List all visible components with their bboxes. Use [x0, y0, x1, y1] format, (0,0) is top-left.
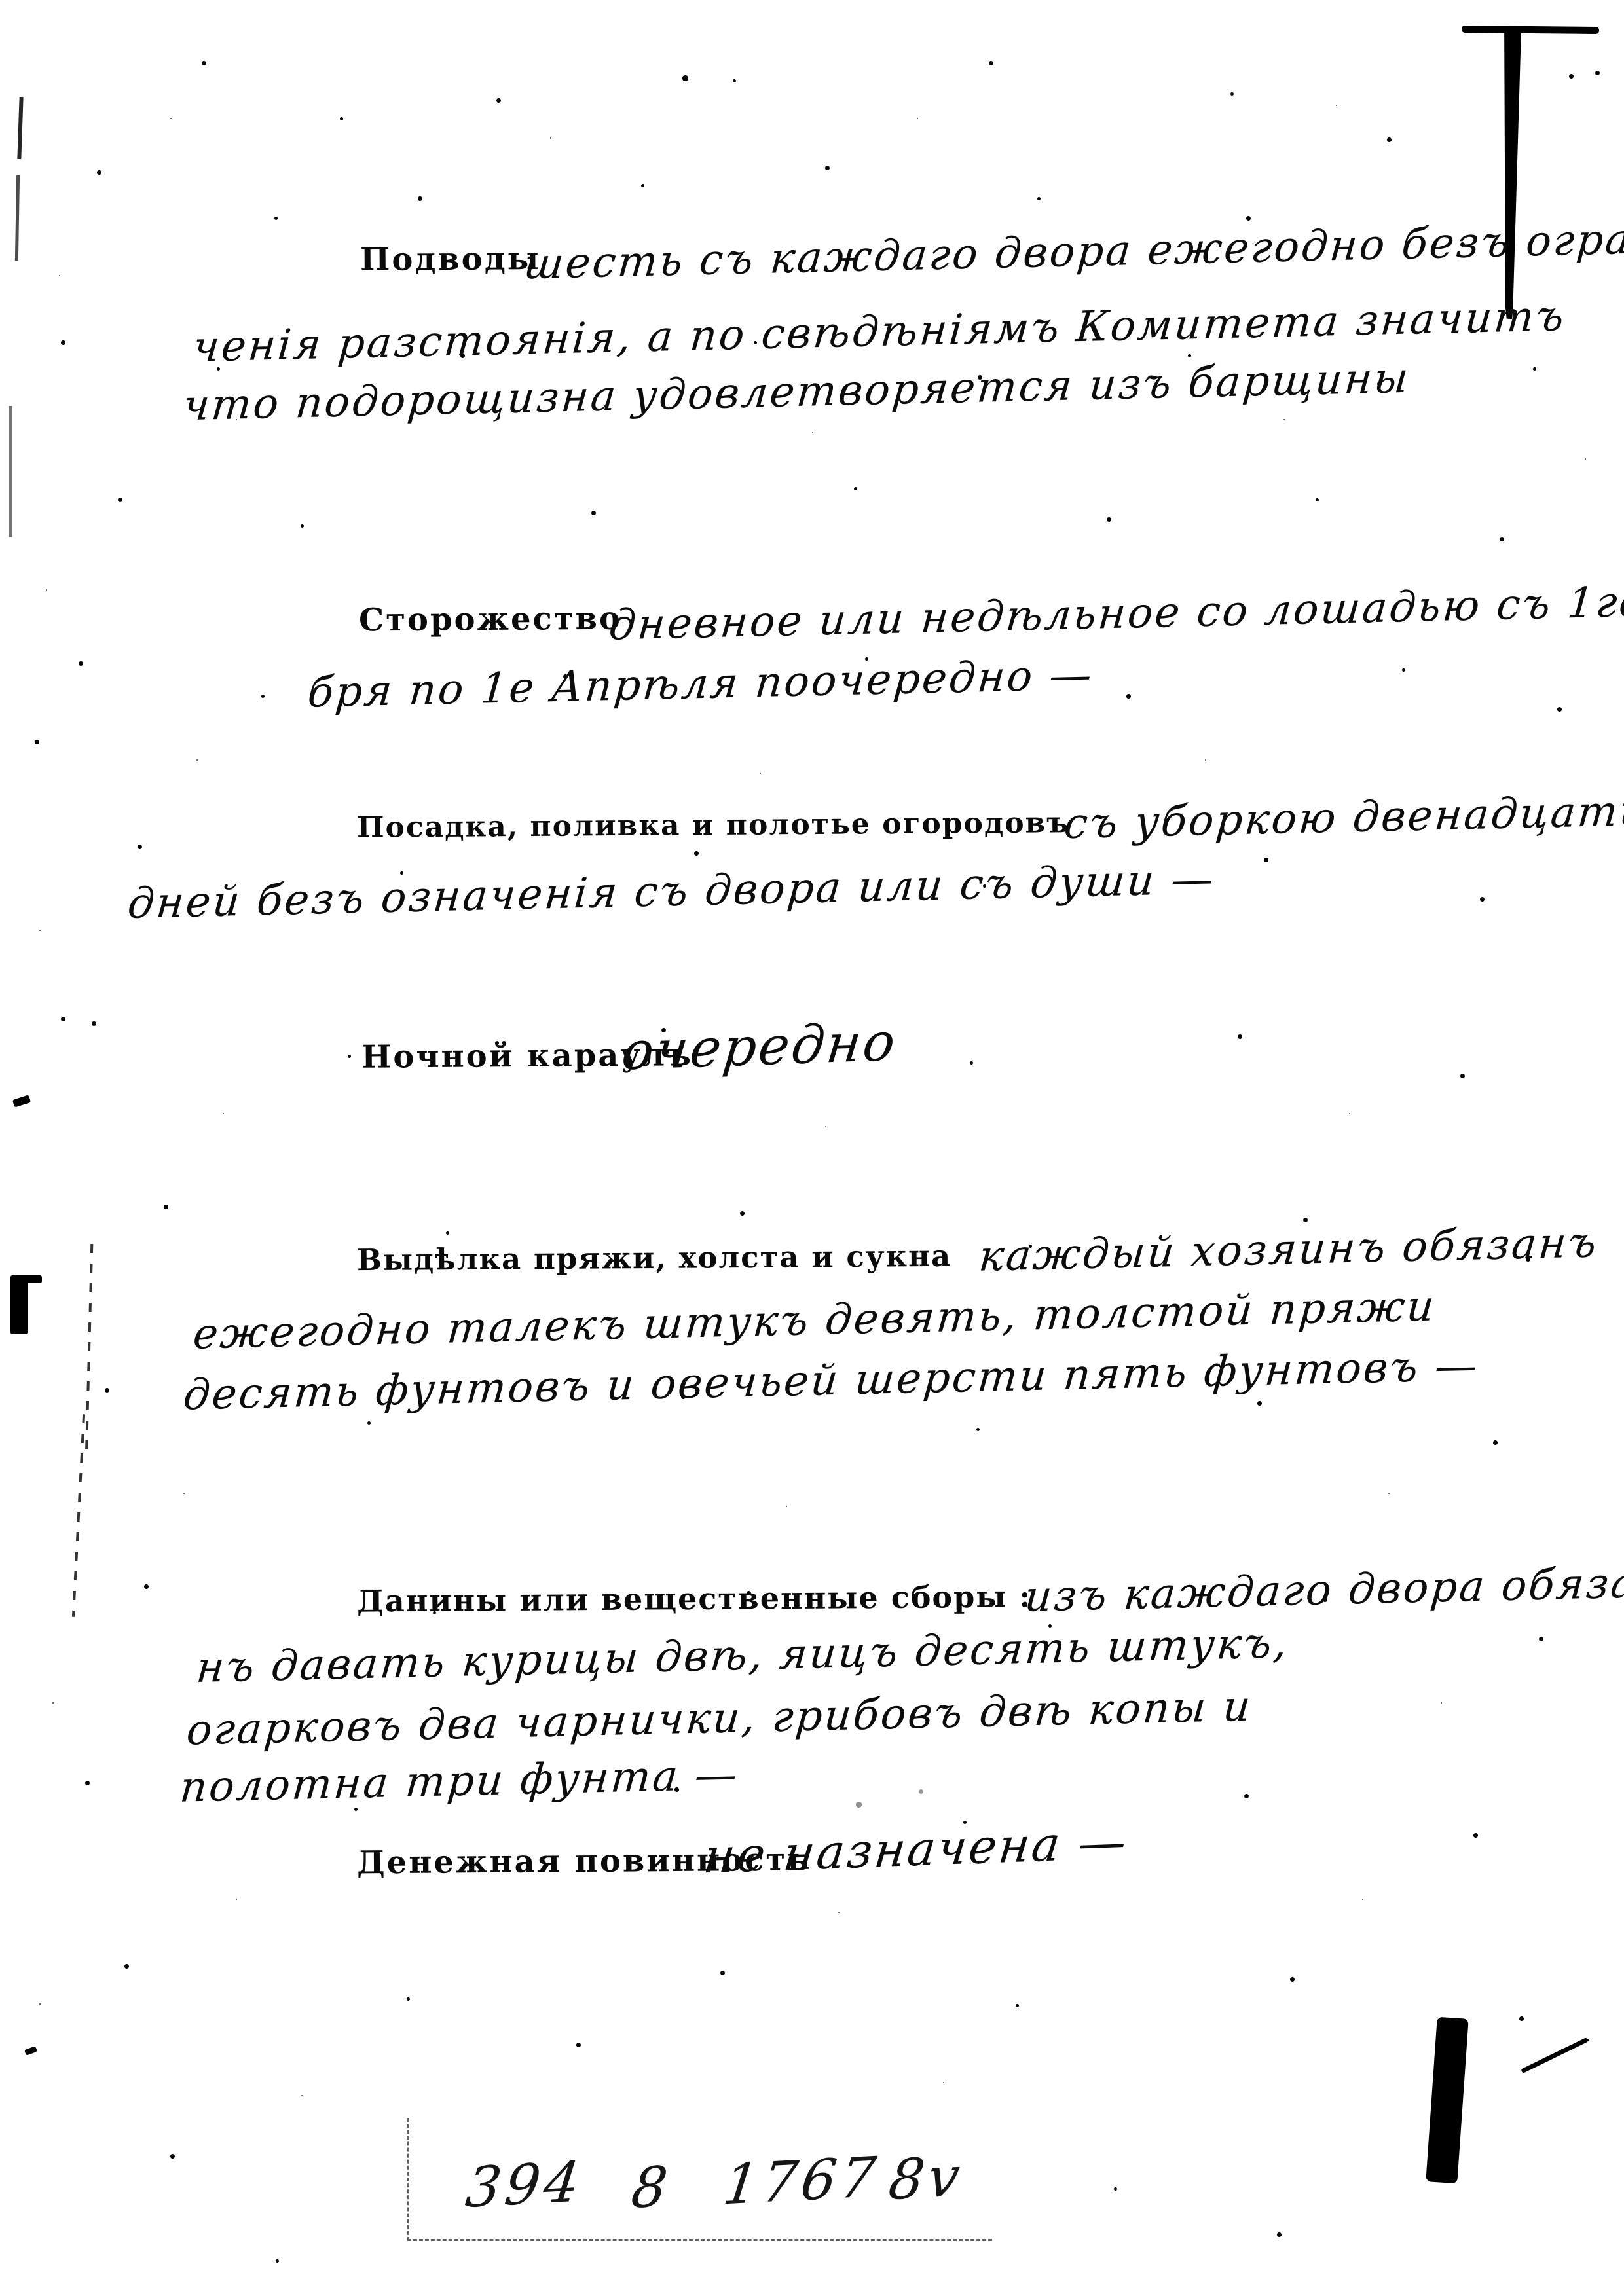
handwriting-karaul-inline: очередно [619, 1011, 900, 1082]
handwriting-posadka-line2: дней безъ означенія съ двора или съ души… [126, 855, 1217, 928]
handwriting-vydelka-inline: каждый хозяинъ обязанъ [977, 1218, 1600, 1281]
manuscript-page: Подводы шесть съ каждаго двора ежегодно … [0, 0, 1624, 2296]
section-heading-daniny: Данины или вещественные сборы : [357, 1578, 1032, 1618]
footer-number-3: 1767 [720, 2144, 883, 2217]
footer-number-4: 8v [885, 2144, 967, 2213]
ink-blot-top-vertical [1500, 27, 1521, 319]
section-heading-storozhestvo: Сторожество [359, 600, 622, 639]
paper-crease-2 [72, 1414, 85, 1617]
handwriting-daniny-line2: нъ давать курицы двѣ, яицъ десять штукъ, [194, 1619, 1291, 1692]
section-heading-podvody: Подводы [360, 240, 541, 278]
footer-number-1: 394 [462, 2149, 587, 2220]
binding-tick-1 [12, 1095, 31, 1107]
binding-hook-arm [10, 1275, 42, 1283]
binding-mark-1 [17, 97, 23, 159]
handwriting-daniny-line4: полотна три фунта — [178, 1751, 741, 1812]
pen-tick-bottom-right-fork [1560, 2039, 1589, 2052]
handwriting-daniny-inline: изъ каждаго двора обяза [1023, 1559, 1624, 1621]
handwriting-denezhnaya-inline: не назначена — [701, 1814, 1131, 1884]
binding-mark-3 [9, 406, 12, 537]
binding-hook-vertical [10, 1275, 28, 1334]
section-heading-vydelka: Выдѣлка пряжи, холста и сукна [357, 1239, 952, 1277]
paper-crease-1 [85, 1244, 94, 1460]
handwriting-posadka-inline: съ уборкою двенадцать [1062, 787, 1624, 848]
handwriting-storozhestvo-line2: бря по 1е Апрѣля поочередно — [306, 651, 1096, 717]
handwriting-daniny-line3: огарковъ два чарнички, грибовъ двѣ копы … [185, 1682, 1254, 1755]
footer-number-2: 8 [628, 2154, 674, 2221]
binding-mark-2 [15, 175, 20, 261]
ink-bar-bottom-right [1426, 2017, 1468, 2184]
handwriting-storozhestvo-inline: дневное или недѣльное со лошадью съ 1го … [607, 574, 1624, 649]
binding-tick-2 [24, 2046, 37, 2056]
section-heading-posadka: Посадка, поливка и полотье огородовъ [357, 806, 1070, 845]
handwriting-podvody-inline: шесть съ каждаго двора ежегодно безъ огр… [522, 215, 1624, 289]
ink-blot-top-horizontal [1462, 26, 1599, 34]
scan-speckle-noise-fine [0, 0, 1, 1]
